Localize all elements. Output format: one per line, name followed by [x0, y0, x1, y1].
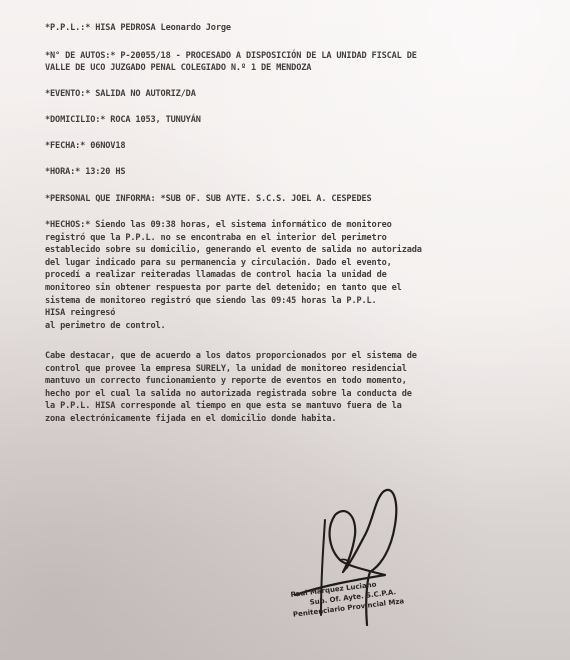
handwritten-signature-icon: [285, 480, 445, 655]
evento-line: *EVENTO:* SALIDA NO AUTORIZ/DA: [45, 88, 196, 101]
domicilio-line: *DOMICILIO:* ROCA 1053, TUNUYÁN: [45, 114, 201, 127]
cabe-line: control que provee la empresa SURELY, la…: [45, 363, 545, 376]
ppl-label: *P.P.L.:*: [45, 23, 90, 33]
hechos-line: sistema de monitoreo registró que siendo…: [45, 295, 545, 308]
cabe-line: Cabe destacar, que de acuerdo a los dato…: [45, 350, 545, 363]
hechos-line: del lugar indicado para su permanencia y…: [45, 257, 545, 270]
cabe-line: zona electrónicamente fijada en el domic…: [45, 413, 545, 426]
autos-line-1: *N° DE AUTOS:* P-20055/18 - PROCESADO A …: [45, 50, 417, 63]
hechos-line: monitoreo sin obtener respuesta por part…: [45, 282, 545, 295]
cabe-line: hecho por el cual la salida no autorizad…: [45, 388, 545, 401]
hechos-paragraph: *HECHOS:* Siendo las 09:38 horas, el sis…: [45, 219, 545, 332]
ppl-value: HISA PEDROSA Leonardo Jorge: [95, 23, 231, 33]
document-page: *P.P.L.:* HISA PEDROSA Leonardo Jorge *N…: [0, 0, 570, 660]
cabe-line: la P.P.L. HISA corresponde al tiempo en …: [45, 400, 545, 413]
hechos-line: procedí a realizar reiteradas llamadas d…: [45, 269, 545, 282]
hechos-line: establecido sobre su domicilio, generand…: [45, 244, 545, 257]
autos-line-2: VALLE DE UCO JUZGADO PENAL COLEGIADO N.º…: [45, 62, 311, 75]
hechos-line: *HECHOS:* Siendo las 09:38 horas, el sis…: [45, 219, 545, 232]
signature-block: [285, 480, 445, 655]
hora-line: *HORA:* 13:20 HS: [45, 166, 125, 179]
cabe-paragraph: Cabe destacar, que de acuerdo a los dato…: [45, 350, 545, 426]
cabe-line: mantuvo un correcto funcionamiento y rep…: [45, 375, 545, 388]
hechos-line: registró que la P.P.L. no se encontraba …: [45, 232, 545, 245]
fecha-line: *FECHA:* 06NOV18: [45, 140, 125, 153]
hechos-line: al perimetro de control.: [45, 320, 545, 333]
ppl-line: *P.P.L.:* HISA PEDROSA Leonardo Jorge: [45, 22, 231, 35]
personal-line: *PERSONAL QUE INFORMA: *SUB OF. SUB AYTE…: [45, 193, 372, 206]
hechos-line: HISA reingresó: [45, 307, 545, 320]
